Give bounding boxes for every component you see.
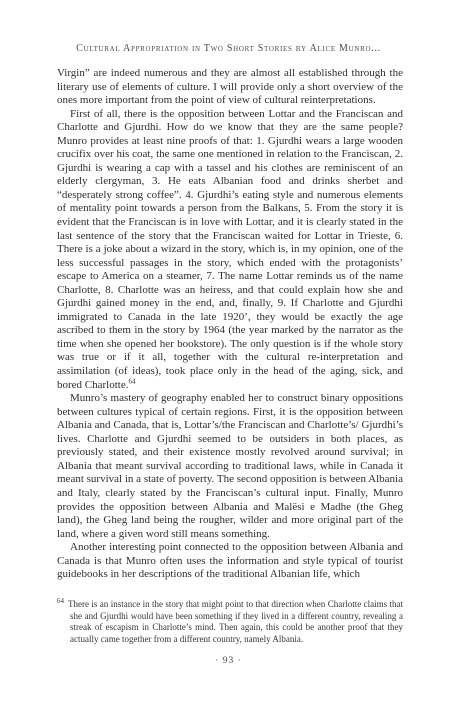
paragraph: First of all, there is the opposition be… [57, 108, 403, 392]
footnote: 64There is an instance in the story that… [57, 599, 403, 645]
footnote-text: There is an instance in the story that m… [68, 599, 403, 644]
page-number: · 93 · [0, 656, 457, 666]
footnote-reference: 64 [128, 377, 135, 385]
paragraph-text: Virgin” are indeed numerous and they are… [57, 67, 403, 106]
paragraph: Munro’s mastery of geography enabled her… [57, 392, 403, 541]
footnote-marker: 64 [57, 597, 64, 605]
paragraph: Another interesting point connected to t… [57, 541, 403, 582]
paragraph-text: Another interesting point connected to t… [57, 541, 403, 580]
paragraph-text: First of all, there is the opposition be… [57, 108, 403, 391]
paper-page: Cultural Appropriation in Two Short Stor… [0, 0, 457, 708]
paragraph: Virgin” are indeed numerous and they are… [57, 67, 403, 108]
page-body: Virgin” are indeed numerous and they are… [57, 67, 403, 582]
running-header: Cultural Appropriation in Two Short Stor… [0, 43, 457, 54]
paragraph-text: Munro’s mastery of geography enabled her… [57, 392, 403, 539]
